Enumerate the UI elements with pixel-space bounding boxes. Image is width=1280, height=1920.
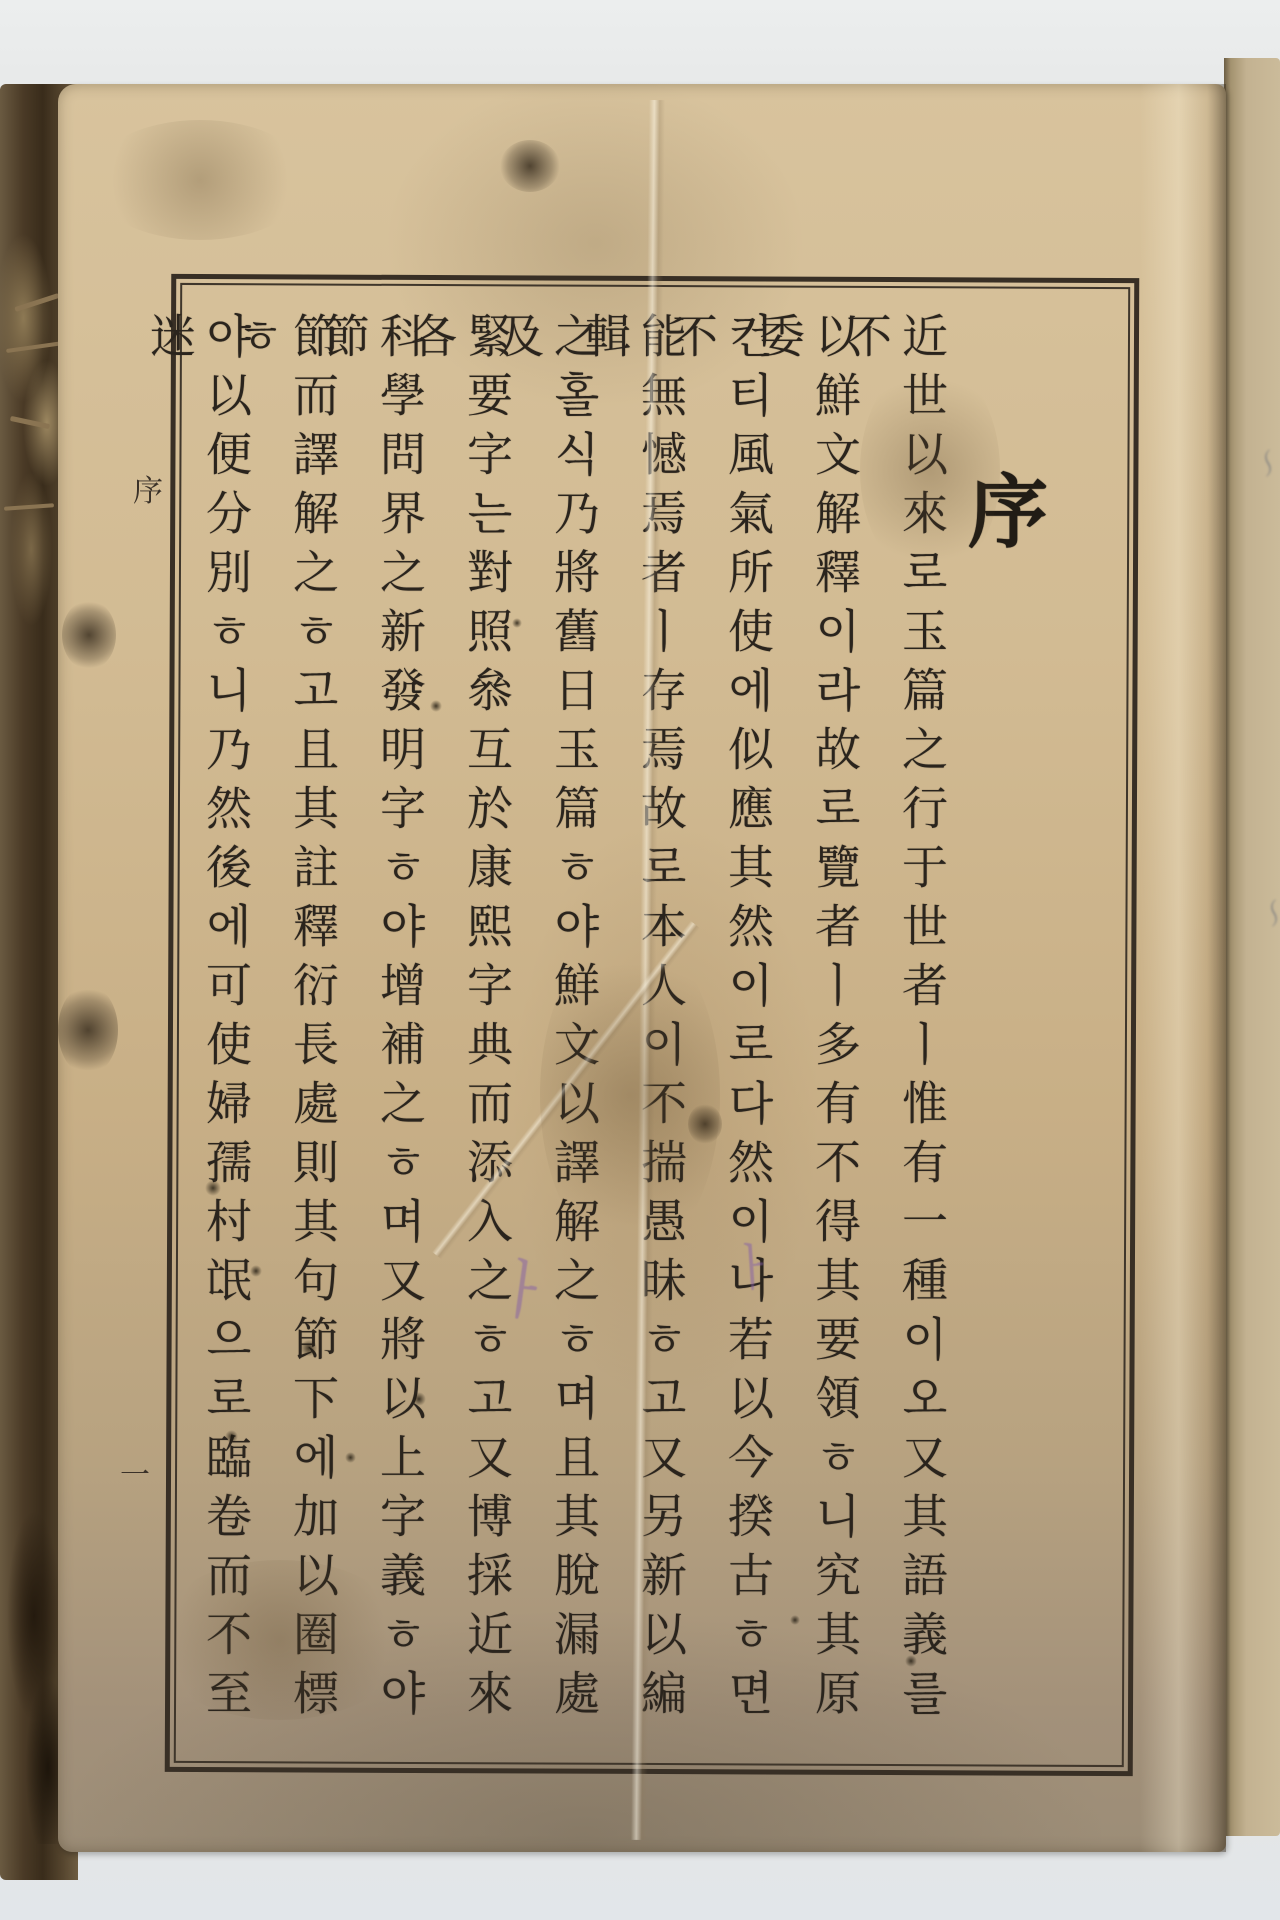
text-column-5: 之홀식乃將舊日玉篇ㅎ야鮮文以譯解之ㅎ며且其脫漏處及 — [544, 312, 602, 1762]
fold-margin-label: 序 — [133, 466, 163, 510]
ink-smudge: 〜 — [1248, 898, 1280, 928]
text-column-2: 以鮮文解釋이라故로覽者ㅣ多有不得其要領ㅎ니究其原委 — [805, 312, 863, 1762]
text-column-6: 緊要字는對照叅互於康熙字典而添入之ㅎ고又博採近來各 — [457, 312, 515, 1762]
section-title: 序 — [968, 448, 1056, 563]
folio-page-number: 一 — [120, 1450, 150, 1494]
text-column-3: 컨티風氣所使에似應其然이로다然이나若以今揆古ㅎ면不 — [718, 312, 776, 1762]
text-column-7: 科學問界之新發明字ㅎ야增補之ㅎ며又將以上字義ㅎ야節 — [370, 312, 428, 1762]
handwriting-mark: ㅏ — [486, 1236, 560, 1336]
text-column-9: 야以便分別ㅎ니乃然後에可使婦孺村氓으로臨卷而不至迷 — [196, 312, 254, 1762]
ink-smudge: 〜 — [1242, 448, 1280, 478]
text-column-4: 能無憾焉者ㅣ存焉故로本人이不揣愚昧ㅎ고又另新以編輯 — [631, 312, 689, 1762]
text-column-8: 節而譯解之ㅎ고且其註釋衍長處則其句節下에加以圈標ㅎ — [283, 312, 341, 1762]
adjacent-page-edge: 〜 〜 — [1224, 58, 1280, 1836]
page-curl-shadow — [1140, 84, 1226, 1852]
text-column-1: 近世以來로玉篇之行于世者ㅣ惟有一種이오又其語義를不 — [892, 312, 950, 1762]
photo-scene: 〜 〜 序 近世以來로玉篇之行于世者ㅣ惟有一種이오又其語義를不 以鮮文解釋이라故… — [0, 0, 1280, 1920]
handwriting-mark: ㅏ — [726, 1226, 779, 1301]
